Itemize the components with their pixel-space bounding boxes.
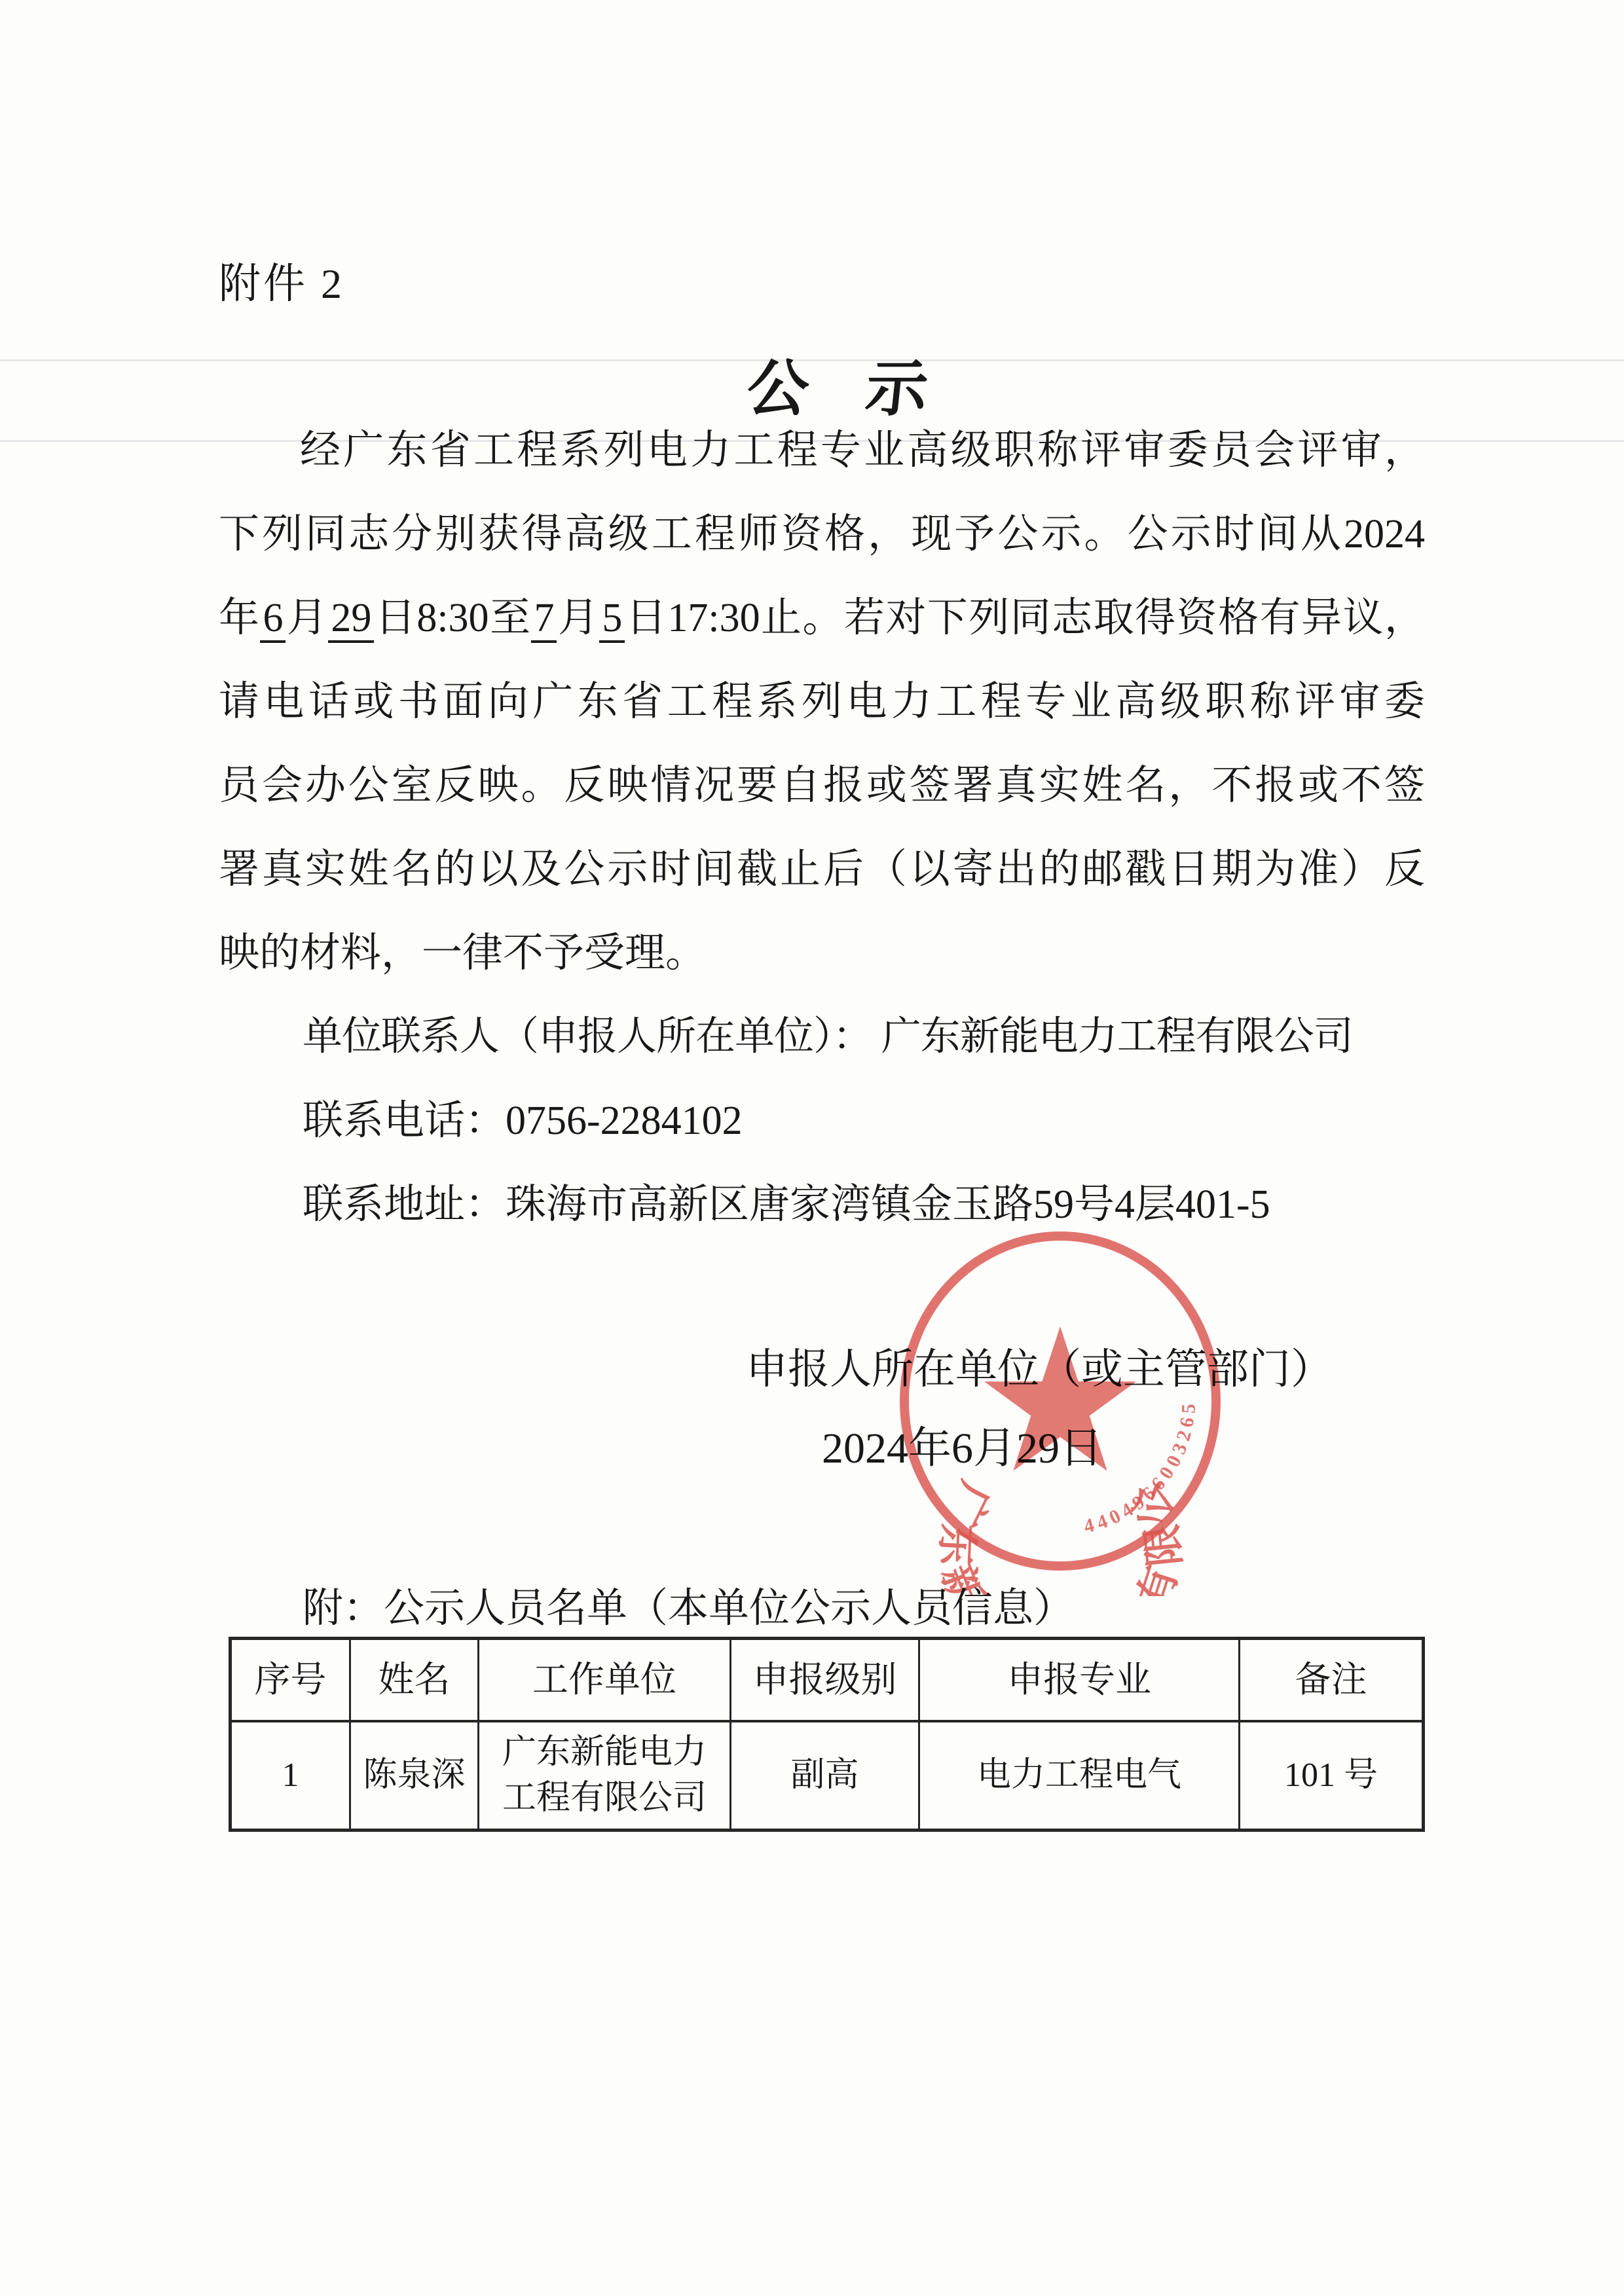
- body-line: 映的材料，一律不予受理。: [219, 911, 1425, 995]
- table-cell-level: 副高: [731, 1722, 920, 1829]
- underlined-month: 6: [260, 596, 286, 643]
- table-cell-employer: 广东新能电力工程有限公司: [479, 1722, 731, 1829]
- table-header-name: 姓名: [351, 1640, 479, 1722]
- underlined-month: 7: [531, 596, 557, 643]
- document-page: 附件 2 公 示 经广东省工程系列电力工程专业高级职称评审委员会评审， 下列同志…: [0, 0, 1624, 2296]
- seal-star: [984, 1326, 1136, 1471]
- body-line: 下列同志分别获得高级工程师资格，现予公示。公示时间从2024: [219, 492, 1425, 576]
- body-line: 请电话或书面向广东省工程系列电力工程专业高级职称评审委: [219, 660, 1425, 744]
- contact-phone-line: 联系电话：0756-2284102: [219, 1079, 1425, 1163]
- notice-body: 经广东省工程系列电力工程专业高级职称评审委员会评审， 下列同志分别获得高级工程师…: [219, 409, 1425, 1247]
- body-line: 署真实姓名的以及公示时间截止后（以寄出的邮戳日期为准）反: [219, 828, 1425, 911]
- table-cell-name: 陈泉深: [351, 1722, 479, 1829]
- underlined-day: 29: [328, 596, 374, 643]
- table-cell-remark: 101 号: [1240, 1722, 1422, 1829]
- table-header-level: 申报级别: [731, 1640, 920, 1722]
- company-seal: 广东新能电力工程有限公司 4404966003265: [864, 1203, 1257, 1596]
- date-text: 日8:30至: [374, 596, 531, 640]
- table-header-remark: 备注: [1240, 1640, 1422, 1722]
- date-text: 月: [557, 596, 599, 640]
- body-line-with-dates: 年6月29日8:30至7月5日17:30止。若对下列同志取得资格有异议，: [219, 576, 1425, 660]
- date-text: 日17:30止。若对下列同志取得资格有异议，: [625, 596, 1425, 640]
- underlined-day: 5: [599, 596, 625, 643]
- body-line: 员会办公室反映。反映情况要自报或签署真实姓名，不报或不签: [219, 744, 1425, 828]
- date-text: 年: [219, 596, 260, 640]
- body-line: 经广东省工程系列电力工程专业高级职称评审委员会评审，: [219, 409, 1425, 492]
- table-header-seq: 序号: [232, 1640, 351, 1722]
- table-cell-seq: 1: [232, 1722, 351, 1829]
- contact-unit-line: 单位联系人（申报人所在单位）： 广东新能电力工程有限公司: [219, 995, 1425, 1079]
- table-cell-specialty: 电力工程电气: [920, 1722, 1240, 1829]
- attachment-label: 附件 2: [219, 250, 344, 310]
- attachment-note: 附：公示人员名单（本单位公示人员信息）: [303, 1575, 1074, 1633]
- date-text: 月: [286, 596, 328, 640]
- table-header-employer: 工作单位: [479, 1640, 731, 1722]
- table-header-specialty: 申报专业: [920, 1640, 1240, 1722]
- roster-table: 序号 姓名 工作单位 申报级别 申报专业 备注 1 陈泉深 广东新能电力工程有限…: [229, 1637, 1425, 1832]
